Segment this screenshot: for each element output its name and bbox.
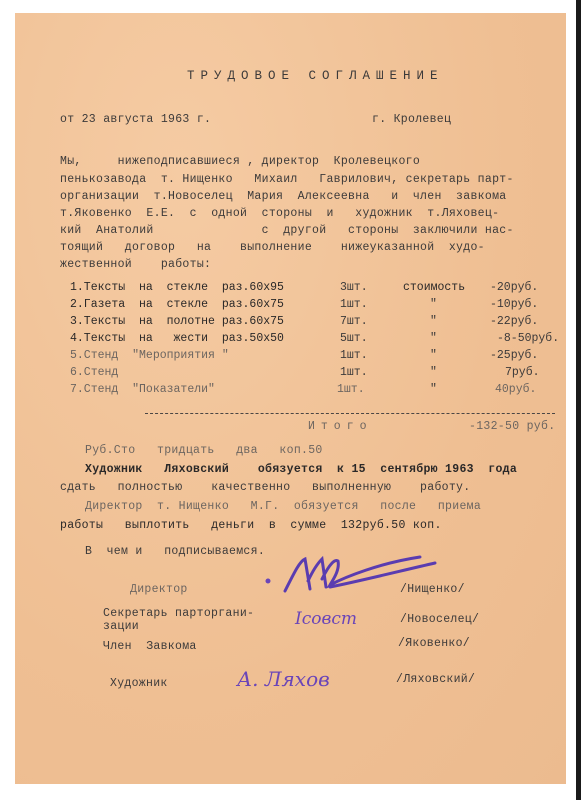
body-line: тоящий договор на выполнение нижеуказанн…	[60, 241, 485, 255]
body-line: жественной работы:	[60, 258, 211, 272]
signatory-name: /Яковенко/	[398, 637, 470, 651]
work-item: 6.Стенд 1шт. " 7руб.	[15, 366, 566, 380]
work-item: 2.Газета на стекле раз.60х75 1шт. " -10р…	[15, 298, 566, 312]
item-name: 1.Тексты на стекле раз.60х95	[70, 281, 284, 295]
item-name: 7.Стенд "Показатели"	[70, 383, 215, 397]
work-item: 4.Тексты на жести раз.50х50 5шт. " -8-50…	[15, 332, 566, 346]
signatory-role: Член Завкома	[103, 640, 197, 654]
obligation-line: Директор т. Нищенко М.Г. обязуется после…	[85, 500, 481, 514]
obligation-line: Художник Ляховский обязуется к 15 сентяб…	[85, 463, 517, 477]
body-line: организации т.Новоселец Мария Алексеевна…	[60, 190, 506, 204]
obligation-line: сдать полностью качественно выполненную …	[60, 481, 470, 495]
work-item: 7.Стенд "Показатели" 1шт. " 40руб.	[15, 383, 566, 397]
item-price: -20руб.	[490, 281, 538, 295]
item-label: "	[430, 349, 437, 363]
scan-edge-strip	[576, 0, 581, 800]
item-price: 40руб.	[495, 383, 536, 397]
work-item: 3.Тексты на полотне раз.60х75 7шт. " -22…	[15, 315, 566, 329]
item-label: "	[430, 332, 437, 346]
item-label: "	[430, 383, 437, 397]
document-city: г. Кролевец	[372, 113, 451, 127]
item-price: 7руб.	[505, 366, 540, 380]
signatory-role: Секретарь парторгани-	[103, 607, 254, 621]
item-price: -8-50руб.	[497, 332, 559, 346]
closing-line: В чем и подписываемся.	[85, 545, 265, 559]
body-line: кий Анатолий с другой стороны заключили …	[60, 224, 514, 238]
signatory-name: /Новоселец/	[400, 613, 479, 627]
body-line: т.Яковенко Е.Е. с одной стороны и художн…	[60, 207, 499, 221]
work-item: 5.Стенд "Мероприятия " 1шт. " -25руб.	[15, 349, 566, 363]
item-name: 4.Тексты на жести раз.50х50	[70, 332, 284, 346]
item-price: -25руб.	[490, 349, 538, 363]
total-in-words: Руб.Сто тридцать два коп.50	[85, 444, 323, 458]
item-name: 2.Газета на стекле раз.60х75	[70, 298, 284, 312]
signatory-role: Художник	[110, 677, 168, 691]
body-line: пенькозавода т. Нищенко Михаил Гаврилови…	[60, 173, 514, 187]
document-title: ТРУДОВОЕ СОГЛАШЕНИЕ	[187, 69, 444, 83]
signatory-name: /Ляховский/	[396, 673, 475, 687]
item-label: стоимость	[403, 281, 465, 295]
document-date: от 23 августа 1963 г.	[60, 113, 211, 127]
total-value: -132-50 руб.	[469, 420, 555, 434]
work-item: 1.Тексты на стекле раз.60х95 3шт. стоимо…	[15, 281, 566, 295]
item-qty: 5шт.	[340, 332, 368, 346]
item-price: -22руб.	[490, 315, 538, 329]
item-label: "	[430, 315, 437, 329]
item-name: 3.Тексты на полотне раз.60х75	[70, 315, 284, 329]
item-price: -10руб.	[490, 298, 538, 312]
total-label: Итого	[308, 420, 373, 434]
item-label: "	[430, 366, 437, 380]
item-qty: 1шт.	[340, 366, 368, 380]
item-qty: 7шт.	[340, 315, 368, 329]
signatory-name: /Нищенко/	[400, 583, 465, 597]
item-qty: 1шт.	[340, 298, 368, 312]
item-qty: 1шт.	[337, 383, 365, 397]
artist-signature: А. Ляхов	[237, 667, 330, 691]
signatory-role: Директор	[130, 583, 188, 597]
signatory-role-continued: зации	[103, 620, 139, 634]
secretary-signature: Ісовст	[295, 609, 357, 629]
item-label: "	[430, 298, 437, 312]
document-page: ТРУДОВОЕ СОГЛАШЕНИЕ от 23 августа 1963 г…	[15, 13, 566, 784]
item-name: 5.Стенд "Мероприятия "	[70, 349, 229, 363]
item-qty: 1шт.	[340, 349, 368, 363]
body-line: Мы, нижеподписавшиеся , директор Кролеве…	[60, 155, 420, 169]
item-qty: 3шт.	[340, 281, 368, 295]
obligation-line: работы выплотить деньги в сумме 132руб.5…	[60, 519, 442, 533]
total-divider	[145, 413, 555, 414]
item-name: 6.Стенд	[70, 366, 118, 380]
